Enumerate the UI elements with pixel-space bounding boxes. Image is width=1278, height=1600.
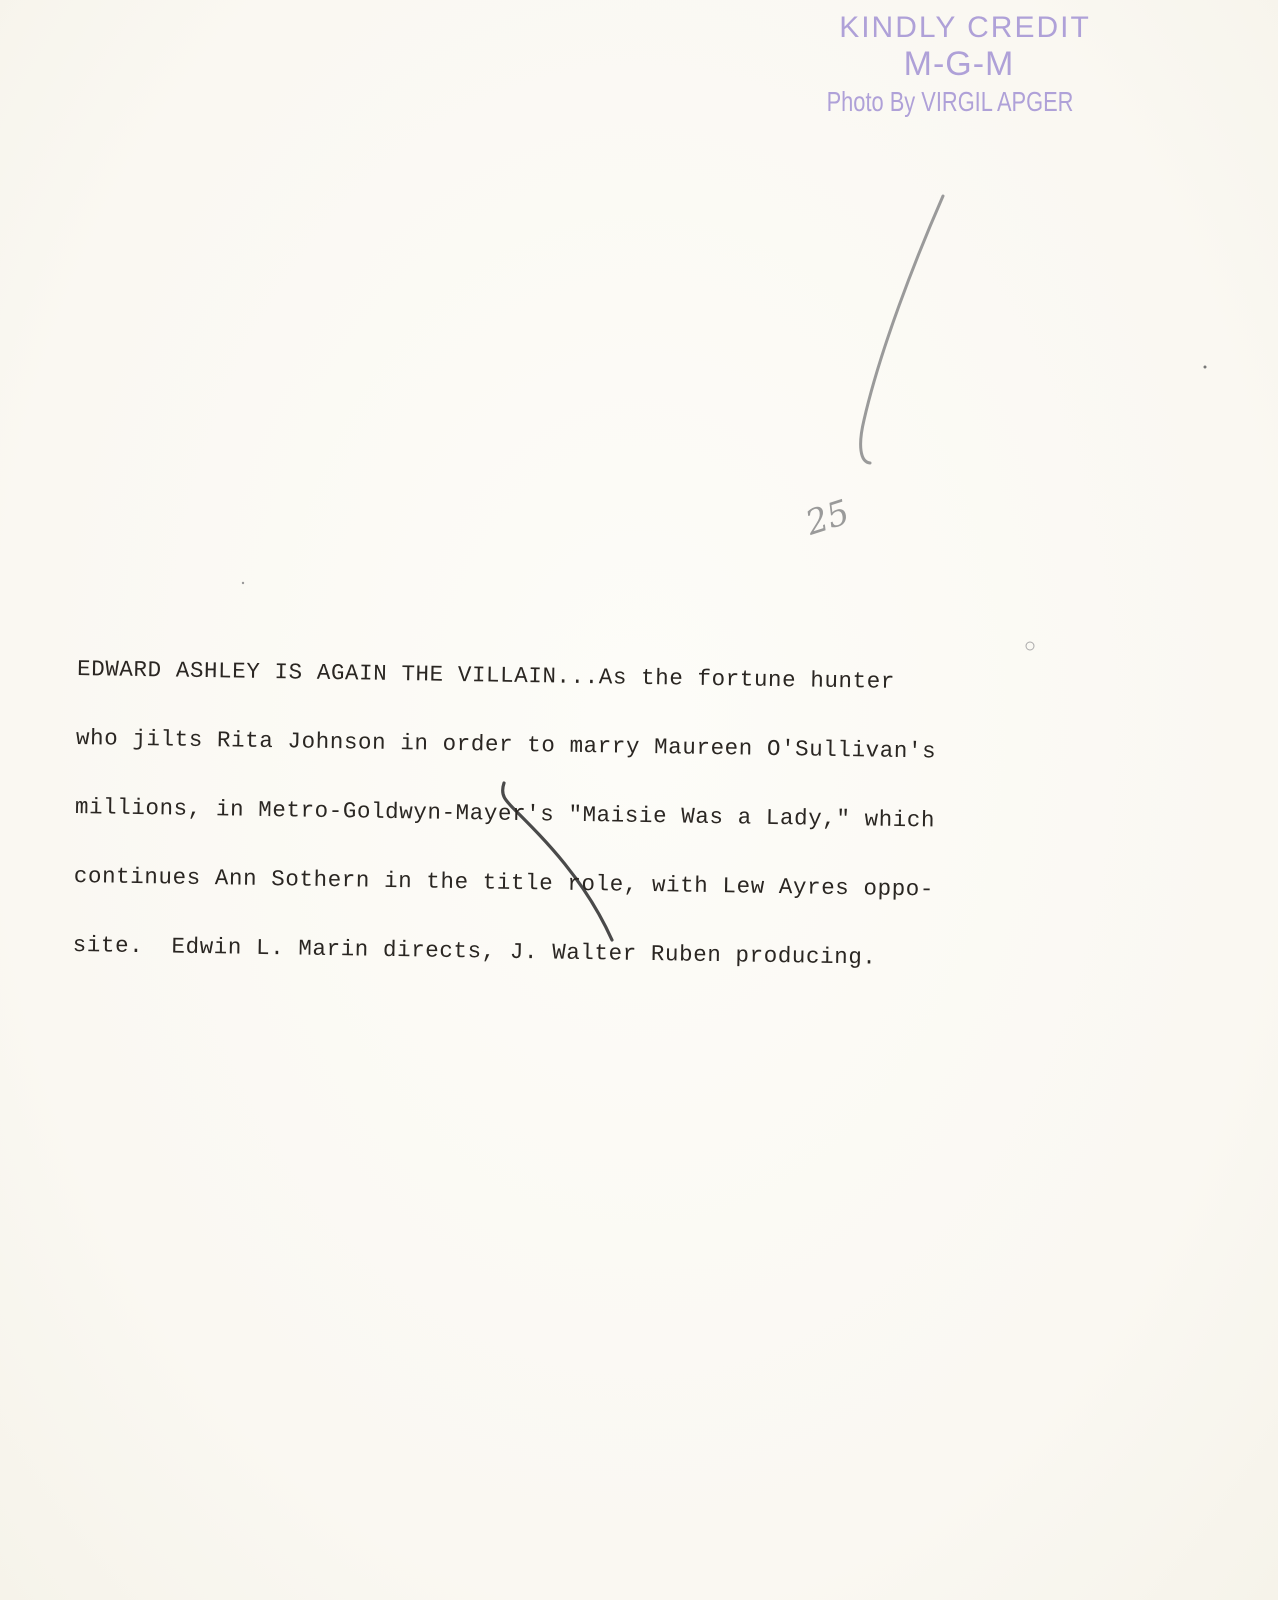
caption-line: EDWARD ASHLEY IS AGAIN THE VILLAIN...As …: [77, 658, 1057, 696]
caption-line: millions, in Metro-Goldwyn-Mayer's "Mais…: [75, 796, 1055, 834]
typed-caption: EDWARD ASHLEY IS AGAIN THE VILLAIN...As …: [72, 612, 1058, 995]
credit-stamp: KINDLY CREDIT M-G-M Photo By VIRGIL APGE…: [800, 10, 1130, 122]
caption-line: continues Ann Sothern in the title role,…: [74, 865, 1054, 903]
stamp-line-kindly-credit: KINDLY CREDIT: [800, 10, 1130, 46]
stamp-line-studio: M-G-M: [788, 46, 1130, 82]
caption-line: who jilts Rita Johnson in order to marry…: [76, 727, 1056, 765]
caption-line: site. Edwin L. Marin directs, J. Walter …: [73, 934, 1053, 972]
stamp-line-photographer: Photo By VIRGIL APGER: [810, 82, 1091, 122]
